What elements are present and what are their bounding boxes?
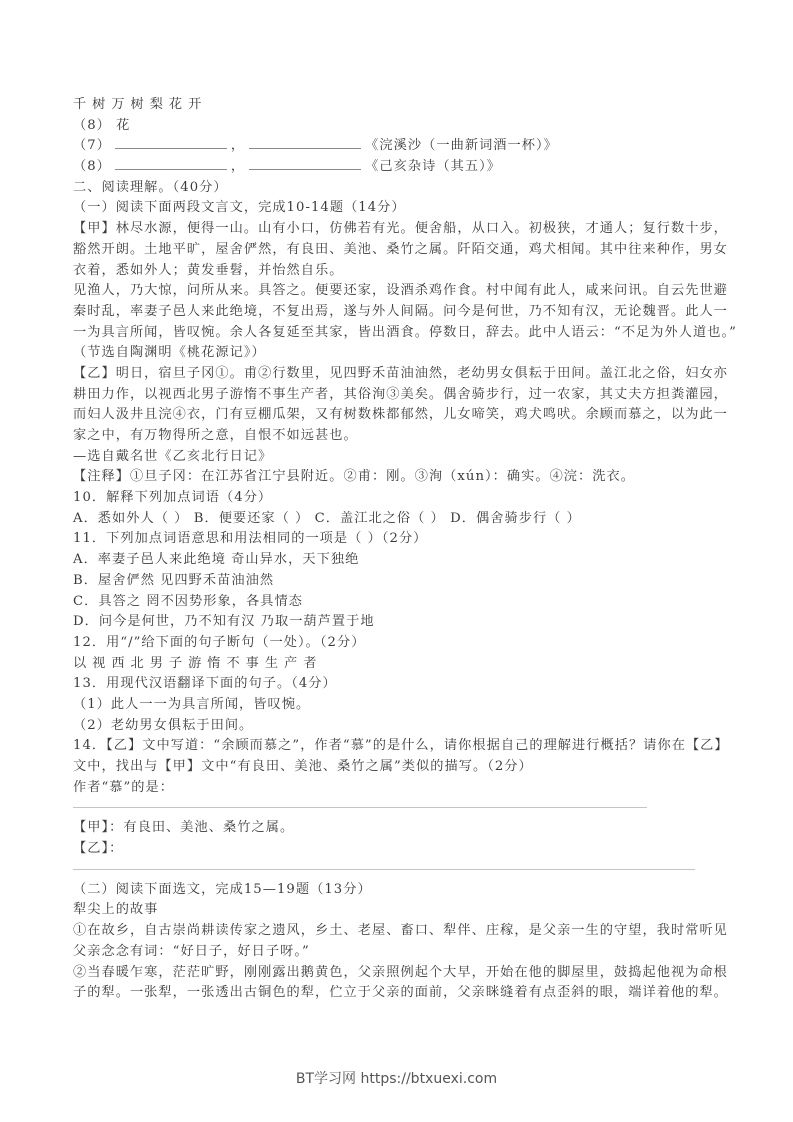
fill-item-8: （8），《己亥杂诗（其五）》 xyxy=(73,157,723,178)
question-12-stem: 12．用“/”给下面的句子断句（一处）。（2分） xyxy=(73,633,723,654)
passage-jia-line: 一为具言所闻，皆叹惋。余人各复延至其家，皆出酒食。停数日，辞去。此中人语云：“不… xyxy=(73,323,723,344)
question-14-stem: 14．【乙】文中写道：“余顾而慕之”，作者“慕”的是什么，请你根据自己的理解进行… xyxy=(73,736,723,757)
question-11-option-b: B．屋舍俨然 见四野禾苗油油然 xyxy=(73,571,723,592)
question-10-stem: 10．解释下列加点词语（4分） xyxy=(73,488,723,509)
site-watermark: BT学习网 https://btxuexi.com xyxy=(0,1068,793,1088)
part1-heading: （一）阅读下面两段文言文，完成10-14题（14分） xyxy=(73,198,723,219)
passage-jia-line: 见渔人，乃大惊，问所从来。具答之。便要还家，设酒杀鸡作食。村中闻有此人，咸来问讯… xyxy=(73,281,723,302)
passage-jia-source: （节选自陶渊明《桃花源记》） xyxy=(73,343,723,364)
passage-jia-line: 豁然开朗。土地平旷，屋舍俨然，有良田、美池、桑竹之属。阡陌交通，鸡犬相闻。其中往… xyxy=(73,240,723,261)
fill-item-7: （7），《浣溪沙（一曲新词酒一杯）》 xyxy=(73,136,723,157)
question-14-prompt: 作者“慕”的是： xyxy=(73,778,723,799)
answer-blank[interactable] xyxy=(249,157,361,170)
passage-jia-line: 衣着，悉如外人；黄发垂髫，并怡然自乐。 xyxy=(73,261,723,282)
passage-yi-line: 而妇人汲井且浣④衣，门有豆棚瓜架，又有树数株都郁然，儿女啼笑，鸡犬鸣吠。余顾而慕… xyxy=(73,405,723,426)
article-paragraph-line: 子的犁。一张犁，一张透出古铜色的犁，伫立于父亲的面前，父亲眯缝着有点歪斜的眼，端… xyxy=(73,983,723,1004)
question-11-stem: 11．下列加点词语意思和用法相同的一项是（ ）（2分） xyxy=(73,529,723,550)
comma: ， xyxy=(231,159,245,174)
question-14-yi-label: 【乙】： xyxy=(73,839,723,860)
answer-blank[interactable] xyxy=(115,136,227,149)
question-11-option-a: A．率妻子邑人来此绝境 奇山异水，天下独绝 xyxy=(73,550,723,571)
item-number: （8） xyxy=(73,118,111,133)
article-paragraph-line: ②当春暖乍寒，茫茫旷野，刚刚露出鹅黄色，父亲照例起个大早，开始在他的脚屋里，鼓捣… xyxy=(73,963,723,984)
question-13-item-2: （2）老幼男女俱耘于田间。 xyxy=(73,716,723,737)
item-number: （8） xyxy=(73,159,111,174)
answer-blank[interactable] xyxy=(249,136,361,149)
question-13-stem: 13．用现代汉语翻译下面的句子。（4分） xyxy=(73,674,723,695)
exam-page: 千树万树梨花开 （8） 花 （7），《浣溪沙（一曲新词酒一杯）》 （8），《己亥… xyxy=(73,95,723,1004)
passage-yi-line: 【乙】明日，宿旦子冈①。甫②行数里，见四野禾苗油油然，老幼男女俱耘于田间。盖江北… xyxy=(73,364,723,385)
poem-source: 《己亥杂诗（其五）》 xyxy=(365,159,501,174)
passage-jia-line: 【甲】林尽水源，便得一山。山有小口，仿佛若有光。便舍船，从口入。初极狭，才通人；… xyxy=(73,219,723,240)
item-number: （7） xyxy=(73,138,111,153)
fill-item-8-answer: （8） 花 xyxy=(73,116,723,137)
question-13-item-1: （1）此人一一为具言所闻，皆叹惋。 xyxy=(73,695,723,716)
question-11-option-c: C．具答之 罔不因势形象，各具情态 xyxy=(73,592,723,613)
poem-line: 千树万树梨花开 xyxy=(73,95,723,116)
passage-yi-line: 家之中，有万物得所之意，自恨不如远甚也。 xyxy=(73,426,723,447)
answer-blank[interactable] xyxy=(115,157,227,170)
answer-line[interactable] xyxy=(73,869,695,870)
passage-yi-line: 耕田力作，以视西北男子游惰不事生产者，其俗洵③美矣。偶舍骑步行，过一农家，其丈夫… xyxy=(73,385,723,406)
passage-jia-line: 秦时乱，率妻子邑人来此绝境，不复出焉，遂与外人间隔。问今是何世，乃不知有汉，无论… xyxy=(73,302,723,323)
question-10-options: A．悉如外人（ ） B．便要还家（ ） C．盖江北之俗（ ） D．偶舍骑步行（ … xyxy=(73,509,723,530)
article-title: 犁尖上的故事 xyxy=(73,900,723,921)
passage-yi-source: —选自戴名世《乙亥北行日记》 xyxy=(73,447,723,468)
question-12-sentence: 以视西北男子游惰不事生产者 xyxy=(73,654,723,675)
article-paragraph-line: ①在故乡，自古崇尚耕读传家之遗风，乡土、老屋、畜口、犁伴、庄稼，是父亲一生的守望… xyxy=(73,921,723,942)
section-title: 二、阅读理解。（40分） xyxy=(73,178,723,199)
answer-line[interactable] xyxy=(73,807,647,808)
poem-source: 《浣溪沙（一曲新词酒一杯）》 xyxy=(365,138,558,153)
answer-text: 花 xyxy=(116,118,130,133)
question-14-jia-answer: 【甲】：有良田、美池、桑竹之属。 xyxy=(73,818,723,839)
annotations: 【注释】①旦子冈：在江苏省江宁县附近。②甫：刚。③洵（xún）：确实。④浣：洗衣… xyxy=(73,467,723,488)
comma: ， xyxy=(231,138,245,153)
question-14-stem: 文中，找出与【甲】文中“有良田、美池、桑竹之属”类似的描写。（2分） xyxy=(73,757,723,778)
question-11-option-d: D．问今是何世，乃不知有汉 乃取一葫芦置于地 xyxy=(73,612,723,633)
part2-heading: （二）阅读下面选文，完成15—19题（13分） xyxy=(73,880,723,901)
article-paragraph-line: 父亲念念有词：“好日子，好日子呀。” xyxy=(73,942,723,963)
